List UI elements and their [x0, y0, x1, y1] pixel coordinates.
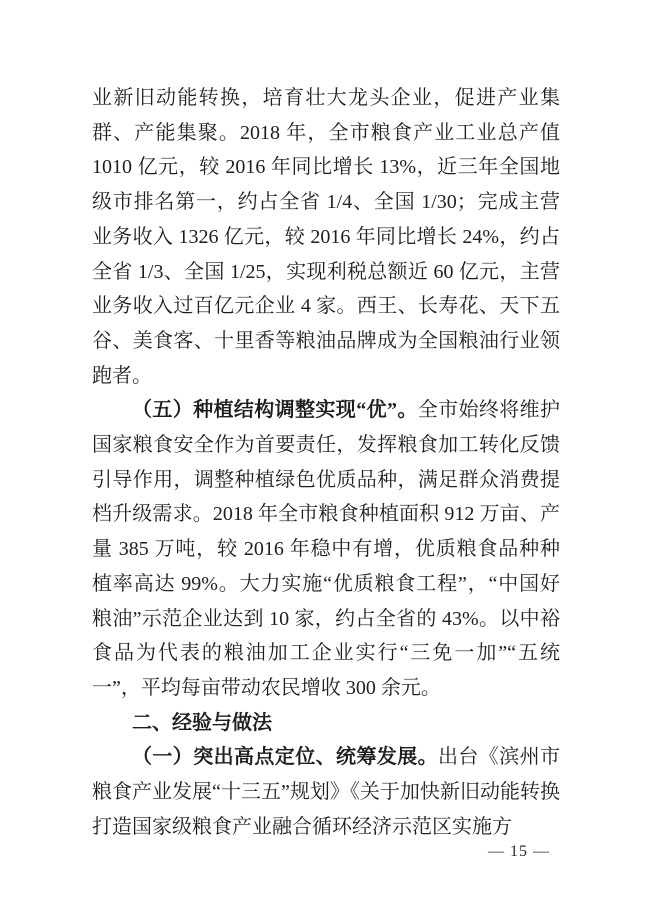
paragraph-item-five-text: 全市始终将维护国家粮食安全作为首要责任，发挥粮食加工转化反馈引导作用，调整种植绿… [92, 399, 560, 699]
document-page: 业新旧动能转换，培育壮大龙头企业，促进产业集群、产能集聚。2018 年，全市粮食… [0, 0, 650, 919]
document-content: 业新旧动能转换，培育壮大龙头企业，促进产业集群、产能集聚。2018 年，全市粮食… [92, 81, 560, 844]
paragraph-continued-text: 业新旧动能转换，培育壮大龙头企业，促进产业集群、产能集聚。2018 年，全市粮食… [92, 87, 560, 387]
paragraph-item-one: （一）突出高点定位、统筹发展。出台《滨州市粮食产业发展“十三五”规划》《关于加快… [92, 740, 560, 844]
paragraph-item-one-lead: （一）突出高点定位、统筹发展。 [132, 746, 438, 768]
page-number: — 15 — [0, 843, 550, 861]
paragraph-continued: 业新旧动能转换，培育壮大龙头企业，促进产业集群、产能集聚。2018 年，全市粮食… [92, 81, 560, 393]
paragraph-item-five-lead: （五）种植结构调整实现“优”。 [132, 399, 418, 421]
section-heading: 二、经验与做法 [92, 706, 560, 741]
paragraph-item-five: （五）种植结构调整实现“优”。全市始终将维护国家粮食安全作为首要责任，发挥粮食加… [92, 393, 560, 705]
